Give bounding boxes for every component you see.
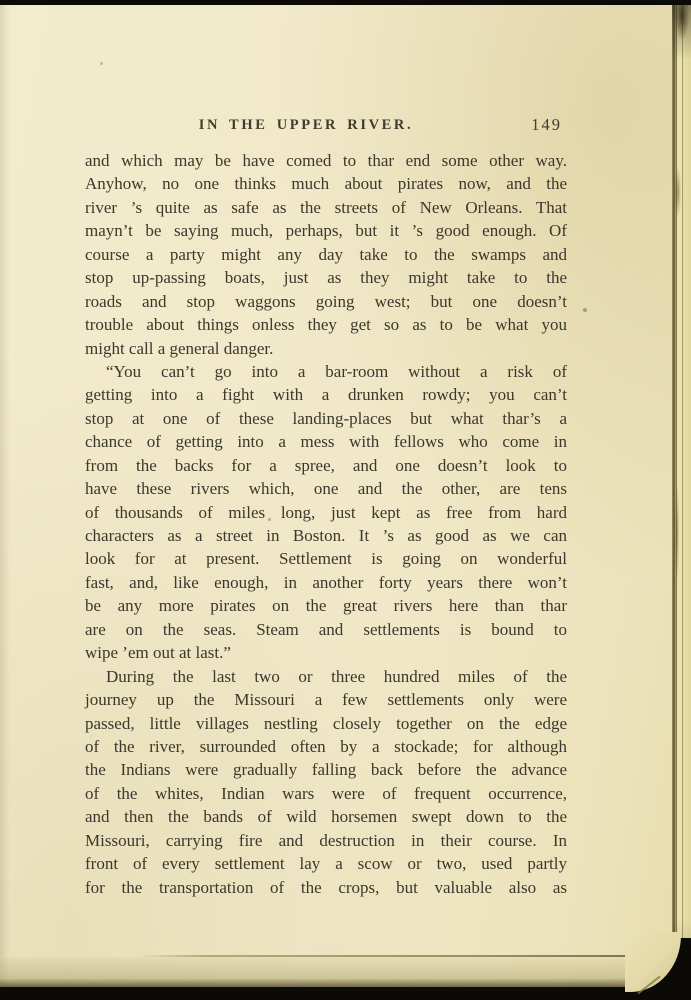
text-line: journey up the Missouri a few settlement… bbox=[85, 688, 567, 711]
text-line: have these rivers which, one and the oth… bbox=[85, 477, 567, 500]
text-line: look for at present. Settlement is going… bbox=[85, 547, 567, 570]
text-line: river ’s quite as safe as the streets of… bbox=[85, 196, 567, 219]
text-line: be any more pirates on the great rivers … bbox=[85, 594, 567, 617]
underlying-page-shade bbox=[0, 957, 672, 987]
text-line: chance of getting into a mess with fello… bbox=[85, 430, 567, 453]
text-line: getting into a fight with a drunken rowd… bbox=[85, 383, 567, 406]
paragraph: “You can’t go into a bar-room without a … bbox=[85, 360, 567, 665]
text-line: of thousands of miles long, just kept as… bbox=[85, 501, 567, 524]
scan-speck bbox=[268, 518, 271, 521]
text-line: and then the bands of wild horsemen swep… bbox=[85, 805, 567, 828]
page-number: 149 bbox=[531, 115, 562, 135]
text-line: course a party might any day take to the… bbox=[85, 243, 567, 266]
text-line: from the backs for a spree, and one does… bbox=[85, 454, 567, 477]
running-title: IN THE UPPER RIVER. bbox=[85, 117, 527, 134]
scan-smudge bbox=[675, 488, 679, 578]
text-line: stop up-passing boats, just as they migh… bbox=[85, 266, 567, 289]
text-line: wipe ’em out at last.” bbox=[85, 641, 567, 664]
text-line: for the transportation of the crops, but… bbox=[85, 876, 567, 899]
paper-left-shade bbox=[0, 5, 10, 987]
text-line: “You can’t go into a bar-room without a … bbox=[85, 360, 567, 383]
scan-blotch bbox=[675, 5, 689, 39]
text-line: of the whites, Indian wars were of frequ… bbox=[85, 782, 567, 805]
text-line: front of every settlement lay a scow or … bbox=[85, 852, 567, 875]
text-line: mayn’t be saying much, perhaps, but it ’… bbox=[85, 219, 567, 242]
text-line: During the last two or three hundred mil… bbox=[85, 665, 567, 688]
page-header: IN THE UPPER RIVER. 149 bbox=[85, 117, 567, 139]
text-line: Anyhow, no one thinks much about pirates… bbox=[85, 172, 567, 195]
scan-speck bbox=[100, 62, 103, 65]
scanned-book-page: IN THE UPPER RIVER. 149 and which may be… bbox=[0, 0, 691, 1000]
text-line: stop at one of these landing-places but … bbox=[85, 407, 567, 430]
text-line: are on the seas. Steam and settlements i… bbox=[85, 618, 567, 641]
paragraph: and which may be have comed to thar end … bbox=[85, 149, 567, 360]
text-line: and which may be have comed to thar end … bbox=[85, 149, 567, 172]
text-line: trouble about things onless they get so … bbox=[85, 313, 567, 336]
text-line: might call a general danger. bbox=[85, 337, 567, 360]
scan-bottom-edge bbox=[0, 987, 691, 1000]
text-line: characters as a street in Boston. It ’s … bbox=[85, 524, 567, 547]
text-line: the Indians were gradually falling back … bbox=[85, 758, 567, 781]
text-line: fast, and, like enough, in another forty… bbox=[85, 571, 567, 594]
body-text: and which may be have comed to thar end … bbox=[85, 149, 567, 899]
scan-smudge bbox=[674, 168, 681, 216]
text-line: Missouri, carrying fire and destruction … bbox=[85, 829, 567, 852]
text-line: roads and stop waggons going west; but o… bbox=[85, 290, 567, 313]
scan-top-edge bbox=[0, 0, 691, 5]
text-line: passed, little villages nestling closely… bbox=[85, 712, 567, 735]
text-line: of the river, surrounded often by a stoc… bbox=[85, 735, 567, 758]
scan-speck bbox=[583, 308, 587, 312]
paragraph: During the last two or three hundred mil… bbox=[85, 665, 567, 899]
